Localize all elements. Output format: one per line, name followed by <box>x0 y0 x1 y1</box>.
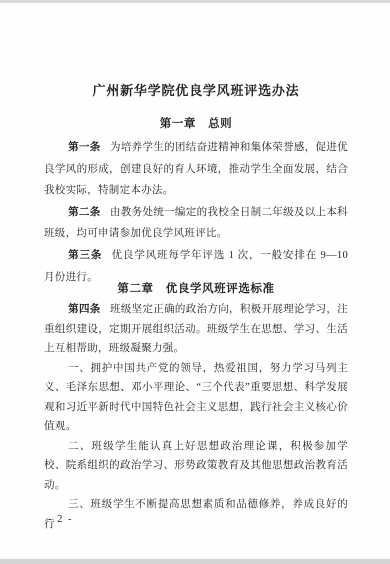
article-2-label: 第二条 <box>68 207 100 218</box>
page-number: - 2 - <box>48 514 73 526</box>
article-1-paragraph: 第一条为培养学生的团结奋进精神和集体荣誉感，促进优良学风的形成，创建良好的育人环… <box>44 137 348 202</box>
criterion-item-2: 二、班级学生能认真上好思想政治理论课，积极参加学校、院系组织的政治学习、形势政策… <box>44 437 348 496</box>
article-2-paragraph: 第二条由教务处统一编定的我校全日制二年级及以上本科班级，均可申请参加优良学风班评… <box>44 202 348 245</box>
document-body: 广州新华学院优良学风班评选办法 第一章 总则 第一条为培养学生的团结奋进精神和集… <box>44 82 348 534</box>
criterion-item-1: 一、拥护中国共产党的领导，热爱祖国，努力学习马列主义、毛泽东思想、邓小平理论、“… <box>44 359 348 437</box>
article-4-label: 第四条 <box>68 304 100 315</box>
criterion-item-2-text: 二、班级学生能认真上好思想政治理论课，积极参加学校、院系组织的政治学习、形势政策… <box>44 441 348 491</box>
criterion-item-1-text: 一、拥护中国共产党的领导，热爱祖国，努力学习马列主义、毛泽东思想、邓小平理论、“… <box>44 363 348 433</box>
scanned-document-page: 广州新华学院优良学风班评选办法 第一章 总则 第一条为培养学生的团结奋进精神和集… <box>0 0 390 564</box>
article-3-label: 第三条 <box>68 250 102 261</box>
article-1-label: 第一条 <box>68 142 100 153</box>
chapter-1-heading: 第一章 总则 <box>44 117 348 131</box>
scan-edge-bottom <box>0 559 390 564</box>
document-title: 广州新华学院优良学风班评选办法 <box>44 82 348 99</box>
criterion-item-3: 三、班级学生不断提高思想素质和品德修养，养成良好的行 <box>44 495 348 534</box>
scan-edge-top <box>0 0 390 3</box>
criterion-item-3-text: 三、班级学生不断提高思想素质和品德修养，养成良好的行 <box>44 499 348 530</box>
article-4-paragraph: 第四条班级坚定正确的政治方向，积极开展理论学习，注重组织建设，定期开展组织活动。… <box>44 300 348 359</box>
